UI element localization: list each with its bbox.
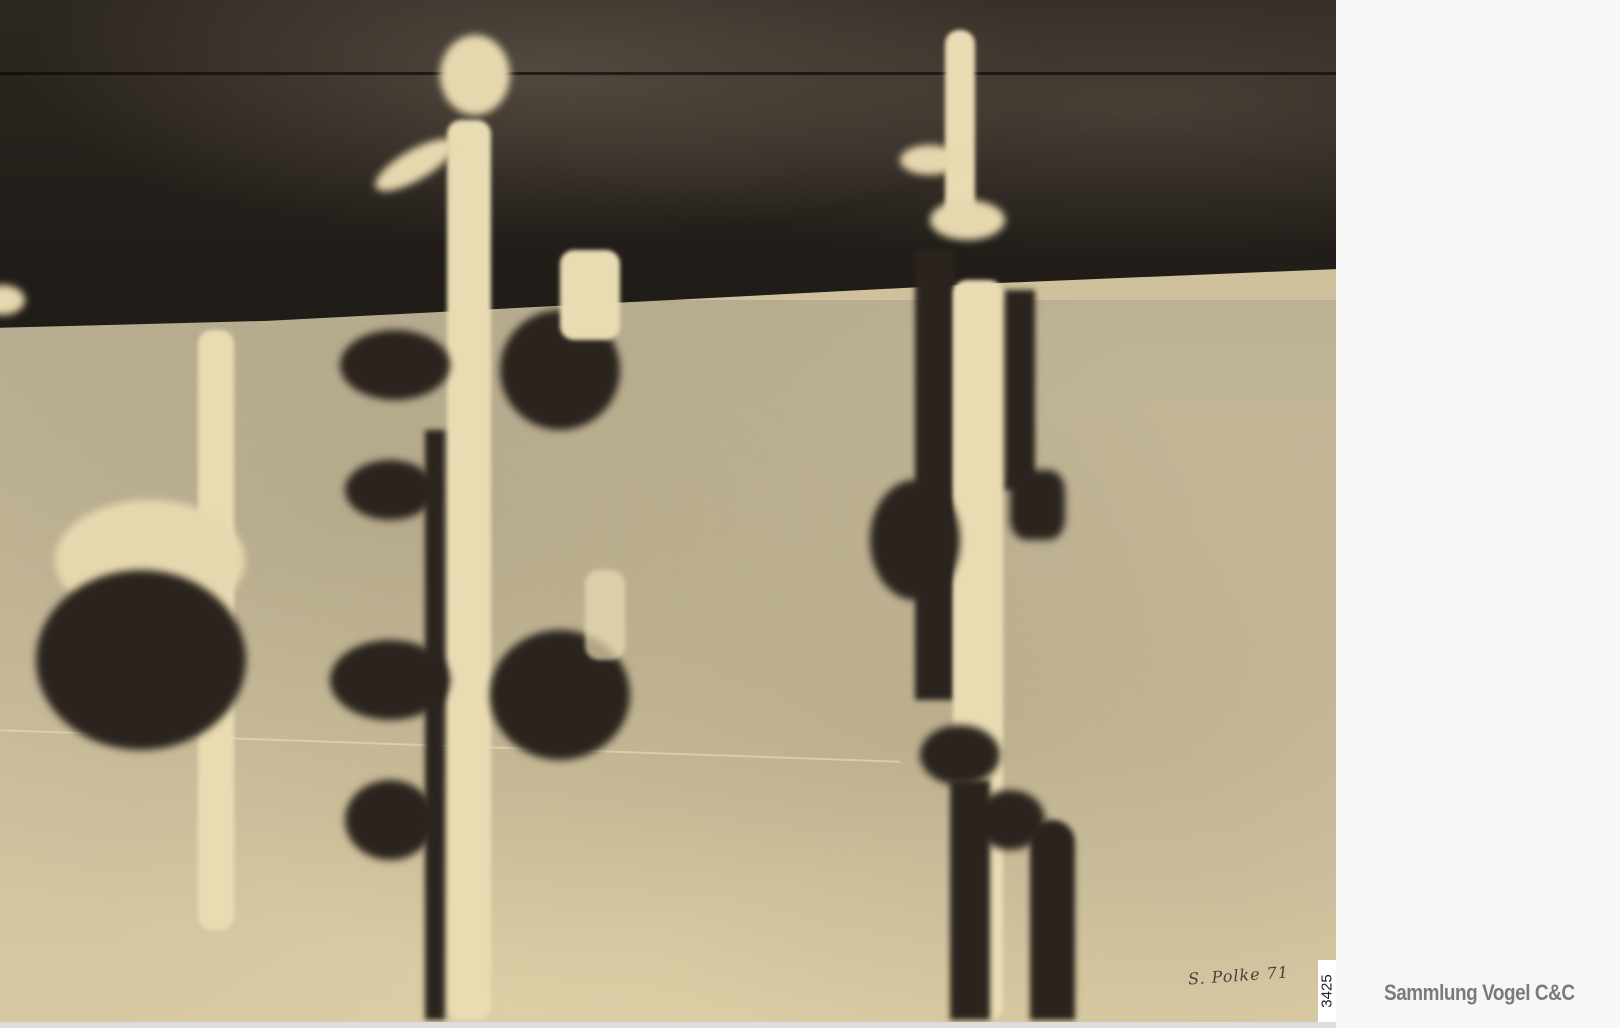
- shadow-leaf: [330, 640, 450, 720]
- shadow-leaf: [1010, 470, 1065, 540]
- pole-shadow-right: [915, 250, 955, 700]
- pole-top-knob: [440, 35, 510, 115]
- shadow-leaf: [870, 480, 960, 600]
- shadow-leg: [1030, 820, 1075, 1020]
- pole-collar: [930, 200, 1005, 240]
- pole-faint: [585, 570, 625, 660]
- catalog-number: 3425: [1319, 974, 1336, 1007]
- pole-shadow-middle: [425, 430, 445, 1020]
- catalog-number-label: 3425: [1318, 960, 1336, 1022]
- scan-edge: [0, 1022, 1336, 1028]
- fold-crease: [0, 72, 1336, 75]
- round-object-shadow: [36, 570, 246, 750]
- pole-middle: [447, 120, 491, 1020]
- artwork-photo: S. Polke 71 3425: [0, 0, 1336, 1022]
- collection-caption: Sammlung Vogel C&C: [1384, 980, 1575, 1006]
- dark-crumpled-band: [0, 0, 1336, 345]
- shadow-leaf: [345, 780, 435, 860]
- pole-stub: [560, 250, 620, 340]
- shadow-leaf: [340, 330, 450, 400]
- shadow-leaf: [345, 460, 435, 520]
- shadow-leaf: [975, 790, 1045, 850]
- shadow-leaf: [920, 725, 1000, 785]
- pole-shadow-right: [1005, 290, 1035, 490]
- pole-arm: [900, 145, 960, 175]
